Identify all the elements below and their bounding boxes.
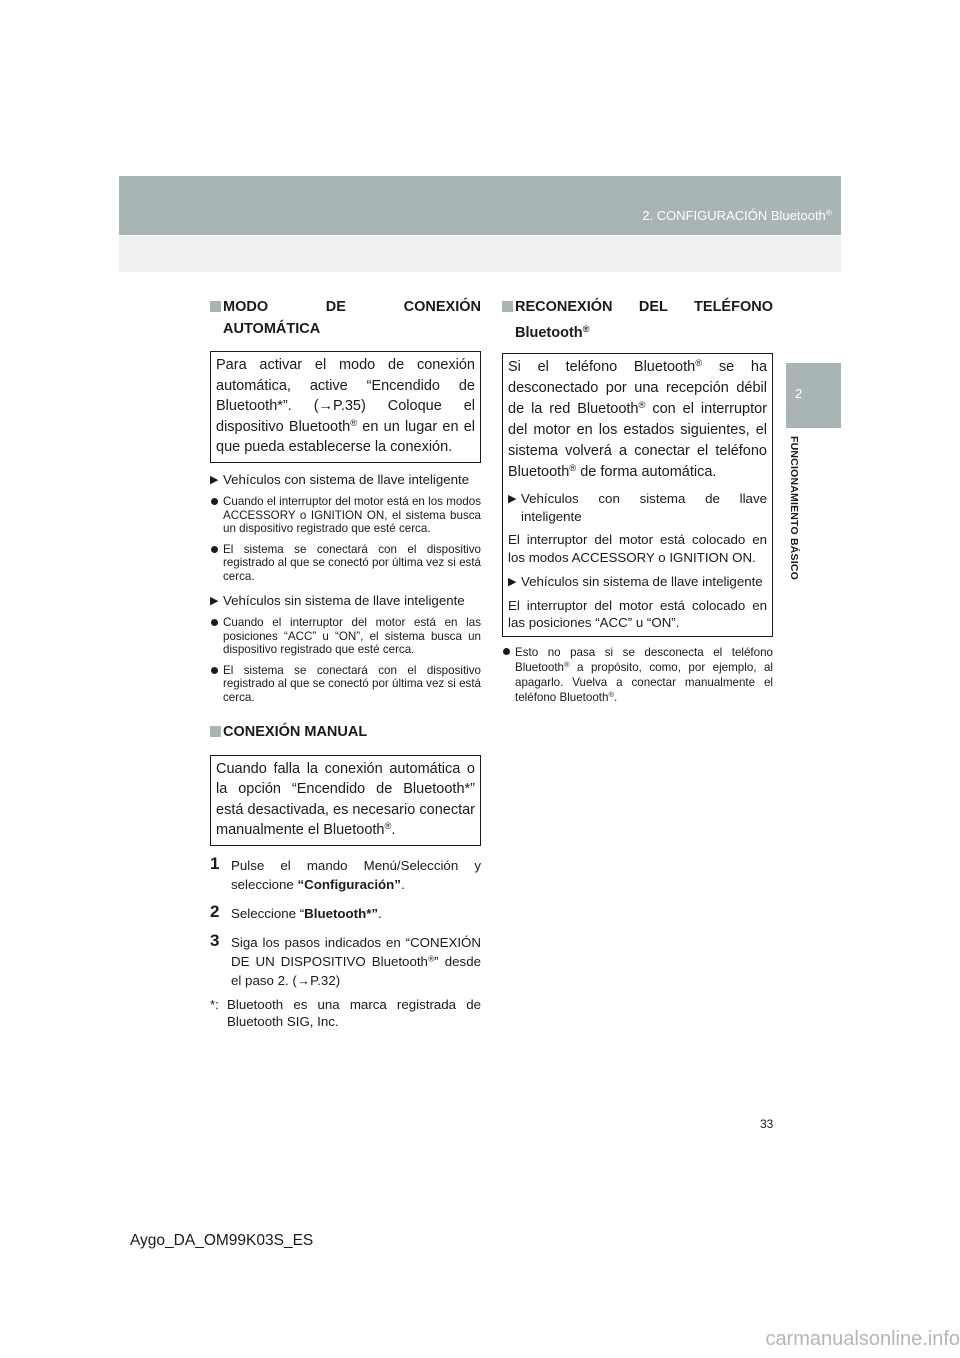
- info-box-manual-connection: Cuando falla la conexión automática o la…: [210, 755, 481, 846]
- list-item: El sistema se conectará con el dispositi…: [210, 543, 481, 584]
- chapter-label-text: FUNCIONAMIENTO BÁSICO: [788, 436, 800, 580]
- heading-square-icon: [210, 301, 221, 312]
- section-heading-reconnection: RECONEXIÓN DEL TELÉFONO Bluetooth®: [502, 296, 773, 344]
- section-heading-manual-connection: CONEXIÓN MANUAL: [210, 721, 481, 743]
- right-column: RECONEXIÓN DEL TELÉFONO Bluetooth® Si el…: [502, 296, 773, 705]
- box-subsection-smart-key: ▶ Vehículos con sistema de llave intelig…: [508, 490, 767, 525]
- triangle-bullet-icon: ▶: [210, 593, 218, 611]
- subsection-no-smart-key: ▶ Vehículos sin sistema de llave intelig…: [210, 592, 481, 610]
- list-item: Cuando el interruptor del motor está en …: [210, 495, 481, 536]
- header-band: [119, 176, 841, 235]
- note-item: Esto no pasa si se desconecta el teléfon…: [502, 645, 773, 705]
- info-box-auto-connection: Para activar el modo de conexión automát…: [210, 351, 481, 463]
- heading-square-icon: [210, 726, 221, 737]
- left-column: MODO DE CONEXIÓN AUTOMÁTICA Para activar…: [210, 296, 481, 1031]
- bullet-dot-icon: [211, 546, 218, 553]
- list-item: El sistema se conectará con el dispositi…: [210, 664, 481, 705]
- triangle-bullet-icon: ▶: [508, 574, 516, 592]
- document-id: Aygo_DA_OM99K03S_ES: [130, 1232, 313, 1250]
- header-subband: [119, 236, 841, 272]
- bullet-dot-icon: [211, 667, 218, 674]
- step-1: 1 Pulse el mando Menú/Selección y selecc…: [210, 856, 481, 894]
- watermark: carmanualsonline.info: [765, 1328, 960, 1351]
- subsection-smart-key: ▶ Vehículos con sistema de llave intelig…: [210, 471, 481, 489]
- list-item: Cuando el interruptor del motor está en …: [210, 616, 481, 657]
- bullet-dot-icon: [211, 498, 218, 505]
- box-text: El interruptor del motor está colocado e…: [508, 531, 767, 566]
- bullet-dot-icon: [503, 648, 510, 655]
- section-heading-auto-connection: MODO DE CONEXIÓN AUTOMÁTICA: [210, 296, 481, 340]
- chapter-number: 2: [795, 386, 802, 401]
- section-title: 2. CONFIGURACIÓN Bluetooth®: [642, 208, 832, 223]
- info-box-reconnection: Si el teléfono Bluetooth® se ha desconec…: [502, 353, 773, 637]
- triangle-bullet-icon: ▶: [508, 491, 516, 509]
- footnote: *: Bluetooth es una marca registrada de …: [210, 996, 481, 1031]
- box-text: El interruptor del motor está colocado e…: [508, 597, 767, 632]
- chapter-label: FUNCIONAMIENTO BÁSICO: [788, 436, 808, 616]
- page-number: 33: [760, 1117, 773, 1131]
- step-2: 2 Seleccione “Bluetooth*”.: [210, 904, 481, 923]
- bullet-dot-icon: [211, 619, 218, 626]
- triangle-bullet-icon: ▶: [210, 472, 218, 490]
- box-subsection-no-smart-key: ▶ Vehículos sin sistema de llave intelig…: [508, 573, 767, 591]
- heading-square-icon: [502, 301, 513, 312]
- step-3: 3 Siga los pasos indicados en “CONEXIÓN …: [210, 933, 481, 990]
